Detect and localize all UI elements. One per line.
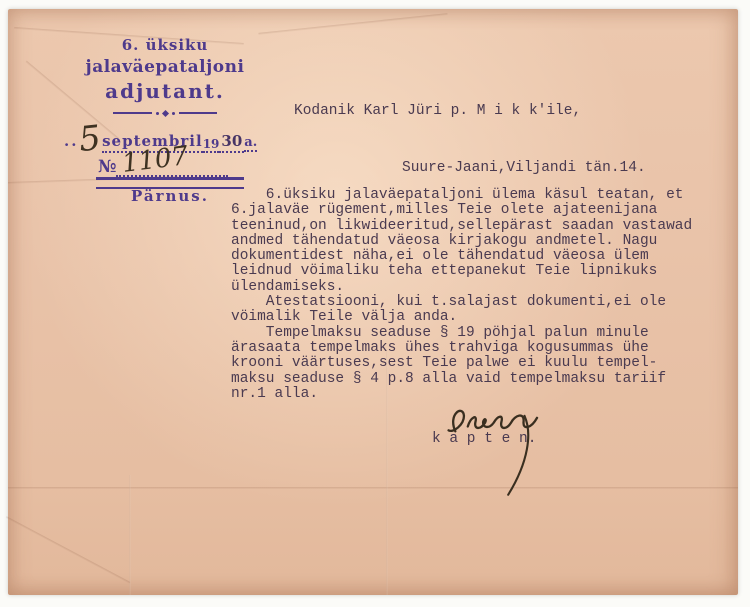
- body-line: 6.jalaväe rügement,milles Teie olete aja…: [231, 203, 692, 218]
- body-line: Atestatsiooni, kui t.salajast dokumenti,…: [231, 295, 692, 310]
- fold-line-horizontal: [8, 487, 738, 489]
- number-blank-line: 1107: [116, 155, 228, 177]
- date-leader-dots: ..: [64, 132, 78, 150]
- stamp-unit-name: jalaväepataljoni: [60, 57, 270, 77]
- body-line: vöimalik Teile välja anda.: [231, 310, 692, 325]
- recipient-name-line: Kodanik Karl Jüri p. M i k k'ile,: [294, 102, 646, 121]
- stamp-number-line: №1107: [98, 155, 228, 177]
- letter-paper: 6. üksiku jalaväepataljoni adjutant. ..5…: [8, 9, 738, 595]
- body-line: teeninud,on likwideeritud,sellepärast sa…: [231, 219, 692, 234]
- date-suffix: a.: [244, 135, 257, 152]
- signature-scrawl: [438, 397, 563, 505]
- date-century: 19: [203, 137, 220, 153]
- body-line: ärasaata tempelmaks ühes trahviga kogusu…: [231, 341, 692, 356]
- fold-line-vertical: [129, 475, 131, 595]
- unit-stamp: 6. üksiku jalaväepataljoni adjutant.: [60, 36, 270, 116]
- signer-rank: k a p t e n.: [432, 431, 536, 447]
- handwritten-number: 1107: [122, 149, 189, 171]
- typed-year: 30: [219, 132, 244, 153]
- body-line: maksu seaduse § 4 p.8 alla vaid tempelma…: [231, 372, 692, 387]
- body-line: leidnud vöimaliku teha ettepanekut Teie …: [231, 264, 692, 279]
- recipient-street-line: Suure-Jaani,Viljandi tän.14.: [402, 159, 646, 178]
- stamp-unit-number: 6. üksiku: [60, 36, 270, 54]
- crease-line: [258, 13, 447, 35]
- body-line: 6.üksiku jalaväepataljoni ülema käsul te…: [231, 188, 692, 203]
- stamp-city: Pärnus.: [96, 187, 244, 205]
- letter-body: 6.üksiku jalaväepataljoni ülema käsul te…: [231, 188, 692, 402]
- stamp-divider-ornament: [113, 110, 217, 116]
- stamp-unit-role: adjutant.: [60, 79, 270, 103]
- numero-sign: №: [98, 157, 116, 177]
- body-line: ülendamiseks.: [231, 280, 692, 295]
- signature-stroke: [449, 411, 537, 431]
- body-line: andmed tähendatud väeosa kirjakogu andme…: [231, 234, 692, 249]
- body-line: Tempelmaksu seaduse § 19 pöhjal palun mi…: [231, 326, 692, 341]
- body-line: krooni väärtuses,sest Teie palwe ei kuul…: [231, 356, 692, 371]
- crease-line: [6, 516, 131, 583]
- handwritten-day: 5: [78, 128, 102, 150]
- body-line: dokumentidest näha,ei ole tähendatud väe…: [231, 249, 692, 264]
